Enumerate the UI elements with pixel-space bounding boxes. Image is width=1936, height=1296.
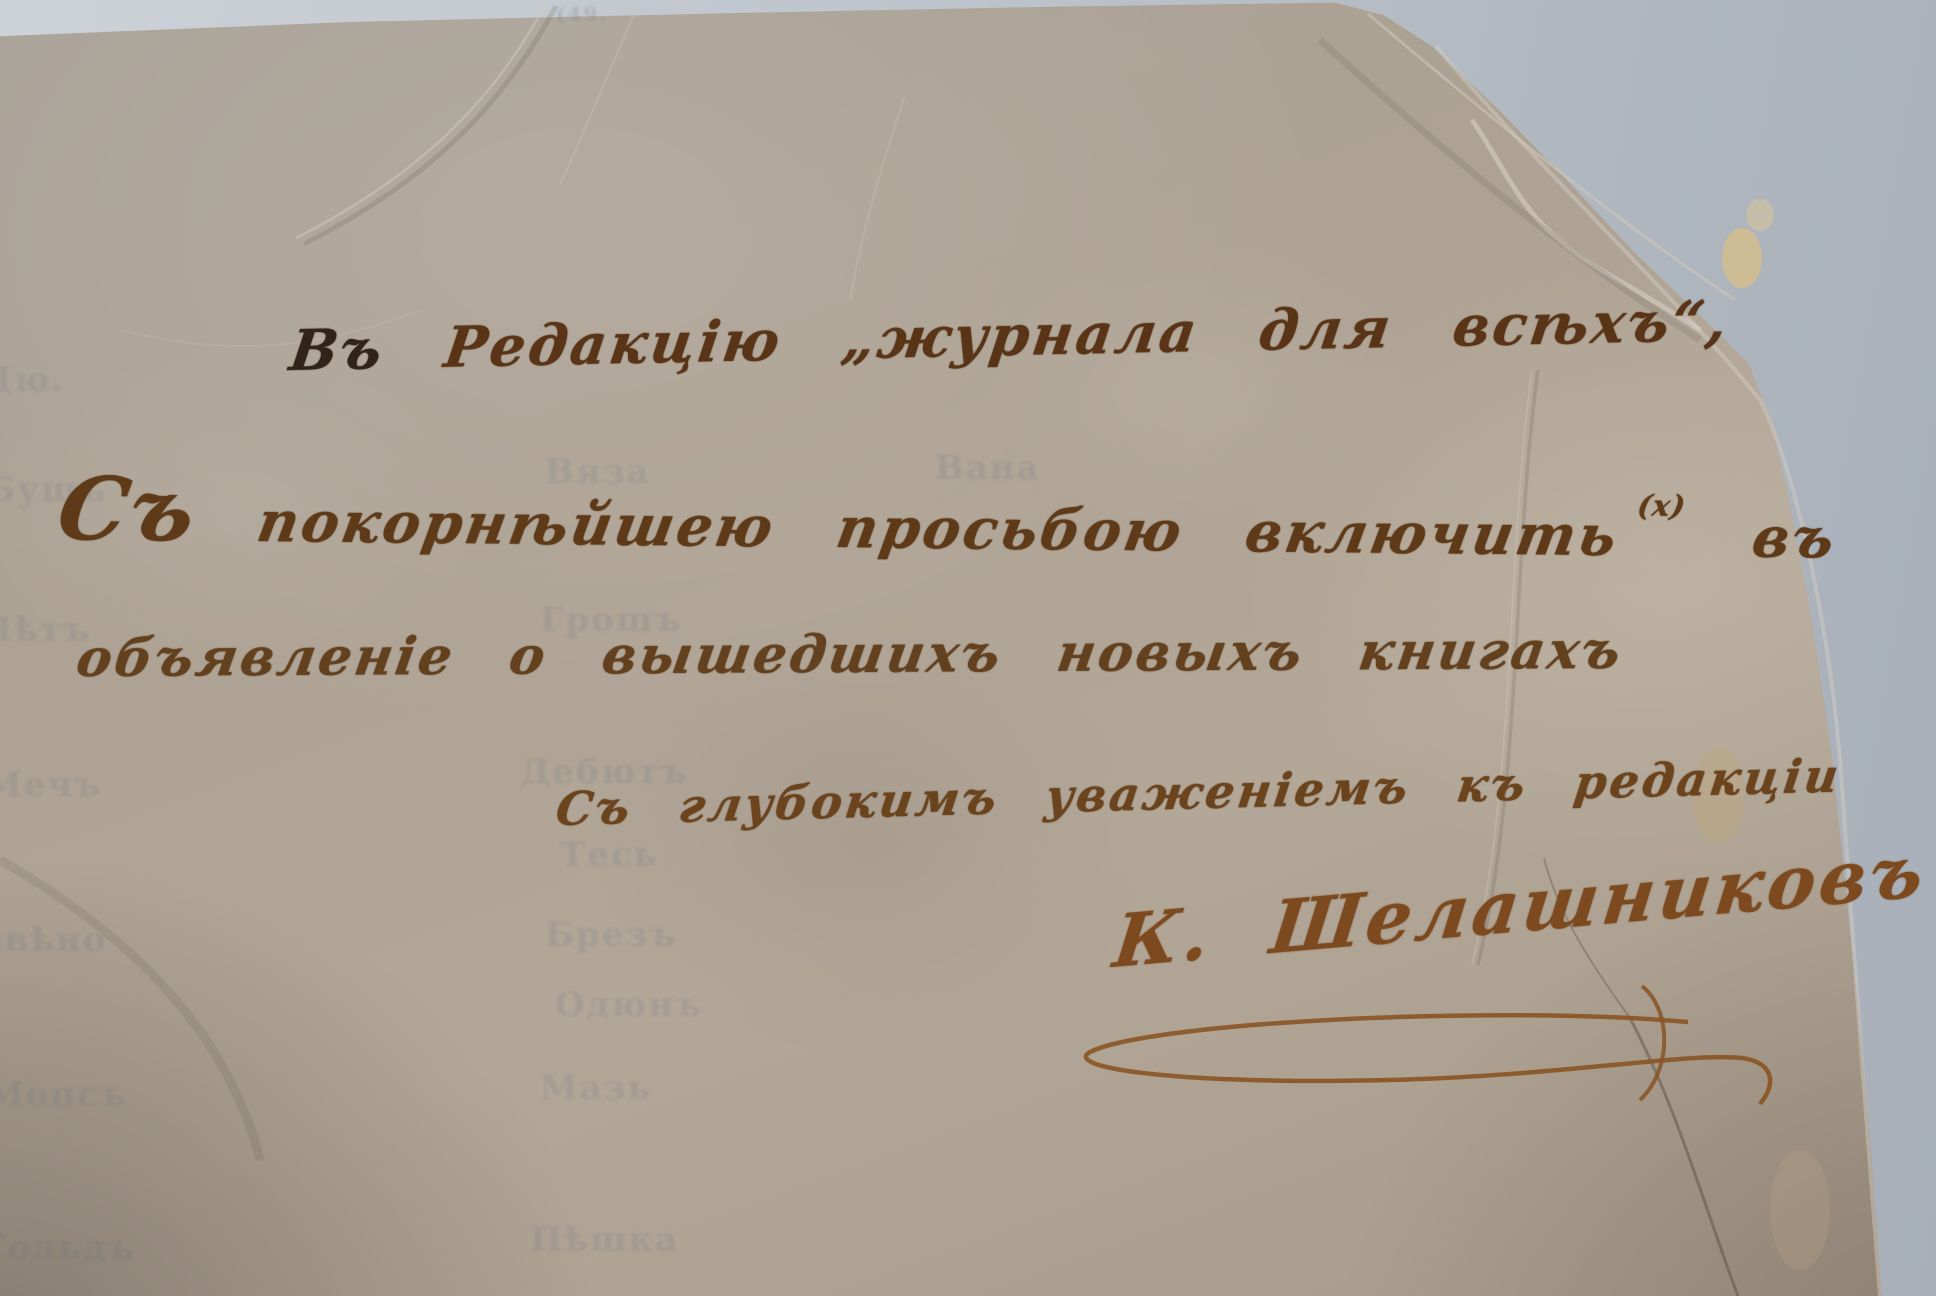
ghost-text-fragment: Брезъ <box>545 915 677 955</box>
ghost-text-fragment: Звѣно <box>0 920 108 960</box>
ghost-text-fragment: Пѣшка <box>530 1220 679 1260</box>
body-line1-text: покорнѣйшею просьбою включить <box>253 489 1625 569</box>
letter-body-line-2: объявленіе о вышедшихъ новыхъ книгахъ <box>73 620 1628 689</box>
body-line1-tail: въ <box>1748 505 1843 572</box>
letter-body-line-1: Съ покорнѣйшею просьбою включить(х) въ <box>51 458 1847 578</box>
ghost-text-fragment: Мазь <box>540 1068 652 1108</box>
ghost-text-fragment: (49. <box>556 2 608 26</box>
ghost-text-fragment: Нѣтъ <box>0 610 91 650</box>
ghost-text-fragment: Мечъ <box>0 765 102 805</box>
ghost-text-fragment: Дю. <box>0 360 65 400</box>
footnote-mark: (х) <box>1635 488 1689 522</box>
body-line2-text: объявленіе о вышедшихъ новыхъ книгахъ <box>73 620 1628 689</box>
tape-remnant <box>1746 199 1774 231</box>
ghost-text-fragment: Одюнъ <box>555 985 703 1025</box>
body-line1-lead: Съ <box>51 458 206 561</box>
ghost-text-fragment: Тесь <box>560 835 659 875</box>
ghost-text-fragment: Мопсъ <box>0 1075 128 1115</box>
salutation-first-word: Въ <box>286 316 389 384</box>
photograph-of-manuscript: (49. Дю. Бушъ Нѣтъ Мечъ Звѣно Мопсъ Голь… <box>0 0 1936 1296</box>
ghost-text-fragment: Гольдъ <box>0 1228 136 1268</box>
stain-top-right <box>1722 228 1762 288</box>
